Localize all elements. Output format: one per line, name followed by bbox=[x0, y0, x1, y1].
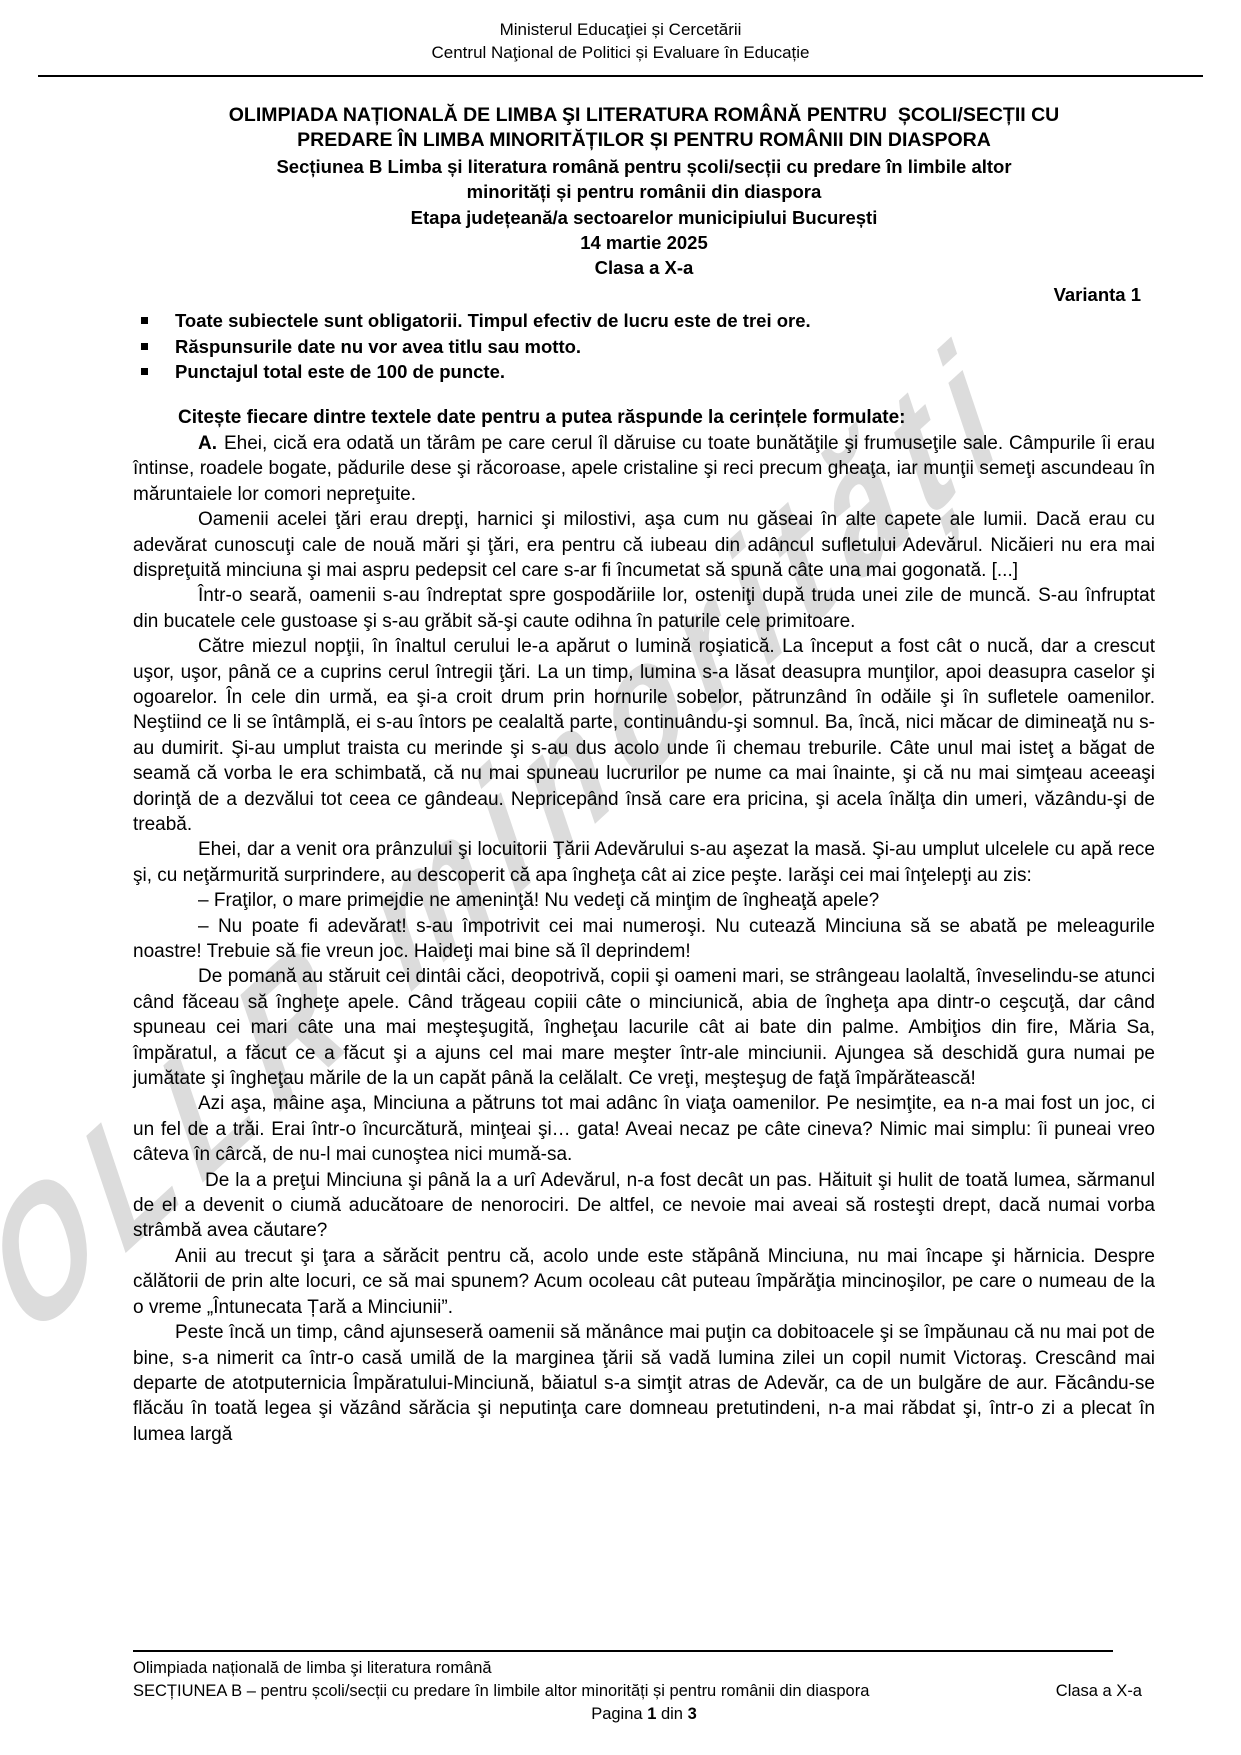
text-a-paragraph: Ehei, dar a venit ora prânzului şi locui… bbox=[133, 837, 1155, 888]
footer-page-indicator: Pagina 1 din 3 bbox=[133, 1703, 1155, 1726]
center-name: Centrul Naţional de Politici și Evaluare… bbox=[0, 41, 1241, 64]
page-total: 3 bbox=[688, 1705, 697, 1723]
text-a-paragraph: Azi aşa, mâine aşa, Minciuna a pătruns t… bbox=[133, 1091, 1155, 1167]
ministry-name: Ministerul Educaţiei și Cercetării bbox=[0, 18, 1241, 41]
page-number: 1 bbox=[647, 1705, 656, 1723]
text-a-paragraph: De pomană au stăruit cei dintâi căci, de… bbox=[133, 964, 1155, 1091]
text-a-paragraph: Într-o seară, oamenii s-au îndreptat spr… bbox=[133, 583, 1155, 634]
page-prefix: Pagina bbox=[591, 1705, 642, 1723]
section-subtitle-line1: Secțiunea B Limba și literatura română p… bbox=[133, 154, 1155, 179]
text-a-paragraph: Oamenii acelei ţări erau drepţi, harnici… bbox=[133, 507, 1155, 583]
text-a-paragraph-text: Ehei, cică era odată un tărâm pe care ce… bbox=[133, 433, 1155, 505]
text-a-paragraph: De la a preţui Minciuna şi până la a urî… bbox=[133, 1168, 1155, 1244]
bullet-square-icon bbox=[141, 317, 148, 324]
instruction-item: Toate subiectele sunt obligatorii. Timpu… bbox=[133, 308, 1155, 333]
footer-divider bbox=[133, 1650, 1113, 1652]
text-a-paragraph: Peste încă un timp, când ajunseseră oame… bbox=[133, 1320, 1155, 1447]
section-subtitle-line2: minorități și pentru românii din diaspor… bbox=[133, 179, 1155, 204]
header-divider bbox=[38, 75, 1203, 77]
footer-grade: Clasa a X-a bbox=[1056, 1680, 1155, 1703]
page-footer: Olimpiada națională de limba şi literatu… bbox=[133, 1650, 1155, 1726]
document-page: OLLR minorități Ministerul Educaţiei și … bbox=[0, 0, 1241, 1755]
grade-line: Clasa a X-a bbox=[133, 255, 1155, 280]
reading-prompt: Citește fiecare dintre textele date pent… bbox=[178, 405, 1155, 430]
olympiad-title-line2: PREDARE ÎN LIMBA MINORITĂȚILOR ȘI PENTRU… bbox=[133, 128, 1155, 153]
bullet-square-icon bbox=[141, 368, 148, 375]
olympiad-title-line1: OLIMPIADA NAȚIONALĂ DE LIMBA ŞI LITERATU… bbox=[133, 103, 1155, 128]
exam-date: 14 martie 2025 bbox=[133, 230, 1155, 255]
text-a-paragraph: Anii au trecut şi ţara a sărăcit pentru … bbox=[133, 1244, 1155, 1320]
text-a: A.Ehei, cică era odată un tărâm pe care … bbox=[133, 431, 1155, 1447]
stage-line: Etapa județeană/a sectoarelor municipiul… bbox=[133, 205, 1155, 230]
bullet-square-icon bbox=[141, 343, 148, 350]
instruction-item: Răspunsurile date nu vor avea titlu sau … bbox=[133, 334, 1155, 359]
text-a-paragraph: A.Ehei, cică era odată un tărâm pe care … bbox=[133, 431, 1155, 507]
text-a-paragraph: – Fraţilor, o mare primejdie ne ameninţă… bbox=[133, 888, 1155, 913]
footer-olympiad-name: Olimpiada națională de limba şi literatu… bbox=[133, 1657, 1155, 1680]
instruction-text: Toate subiectele sunt obligatorii. Timpu… bbox=[175, 308, 811, 333]
footer-section-line: SECȚIUNEA B – pentru școli/secții cu pre… bbox=[133, 1680, 869, 1703]
instructions-list: Toate subiectele sunt obligatorii. Timpu… bbox=[133, 308, 1155, 384]
page-infix: din bbox=[661, 1705, 683, 1723]
text-a-paragraph: Către miezul nopţii, în înaltul cerului … bbox=[133, 634, 1155, 837]
text-a-paragraph: – Nu poate fi adevărat! s-au împotrivit … bbox=[133, 914, 1155, 965]
text-a-label: A. bbox=[198, 433, 217, 454]
variant-label: Varianta 1 bbox=[133, 282, 1155, 307]
instruction-text: Răspunsurile date nu vor avea titlu sau … bbox=[175, 334, 581, 359]
instruction-item: Punctajul total este de 100 de puncte. bbox=[133, 359, 1155, 384]
instruction-text: Punctajul total este de 100 de puncte. bbox=[175, 359, 505, 384]
